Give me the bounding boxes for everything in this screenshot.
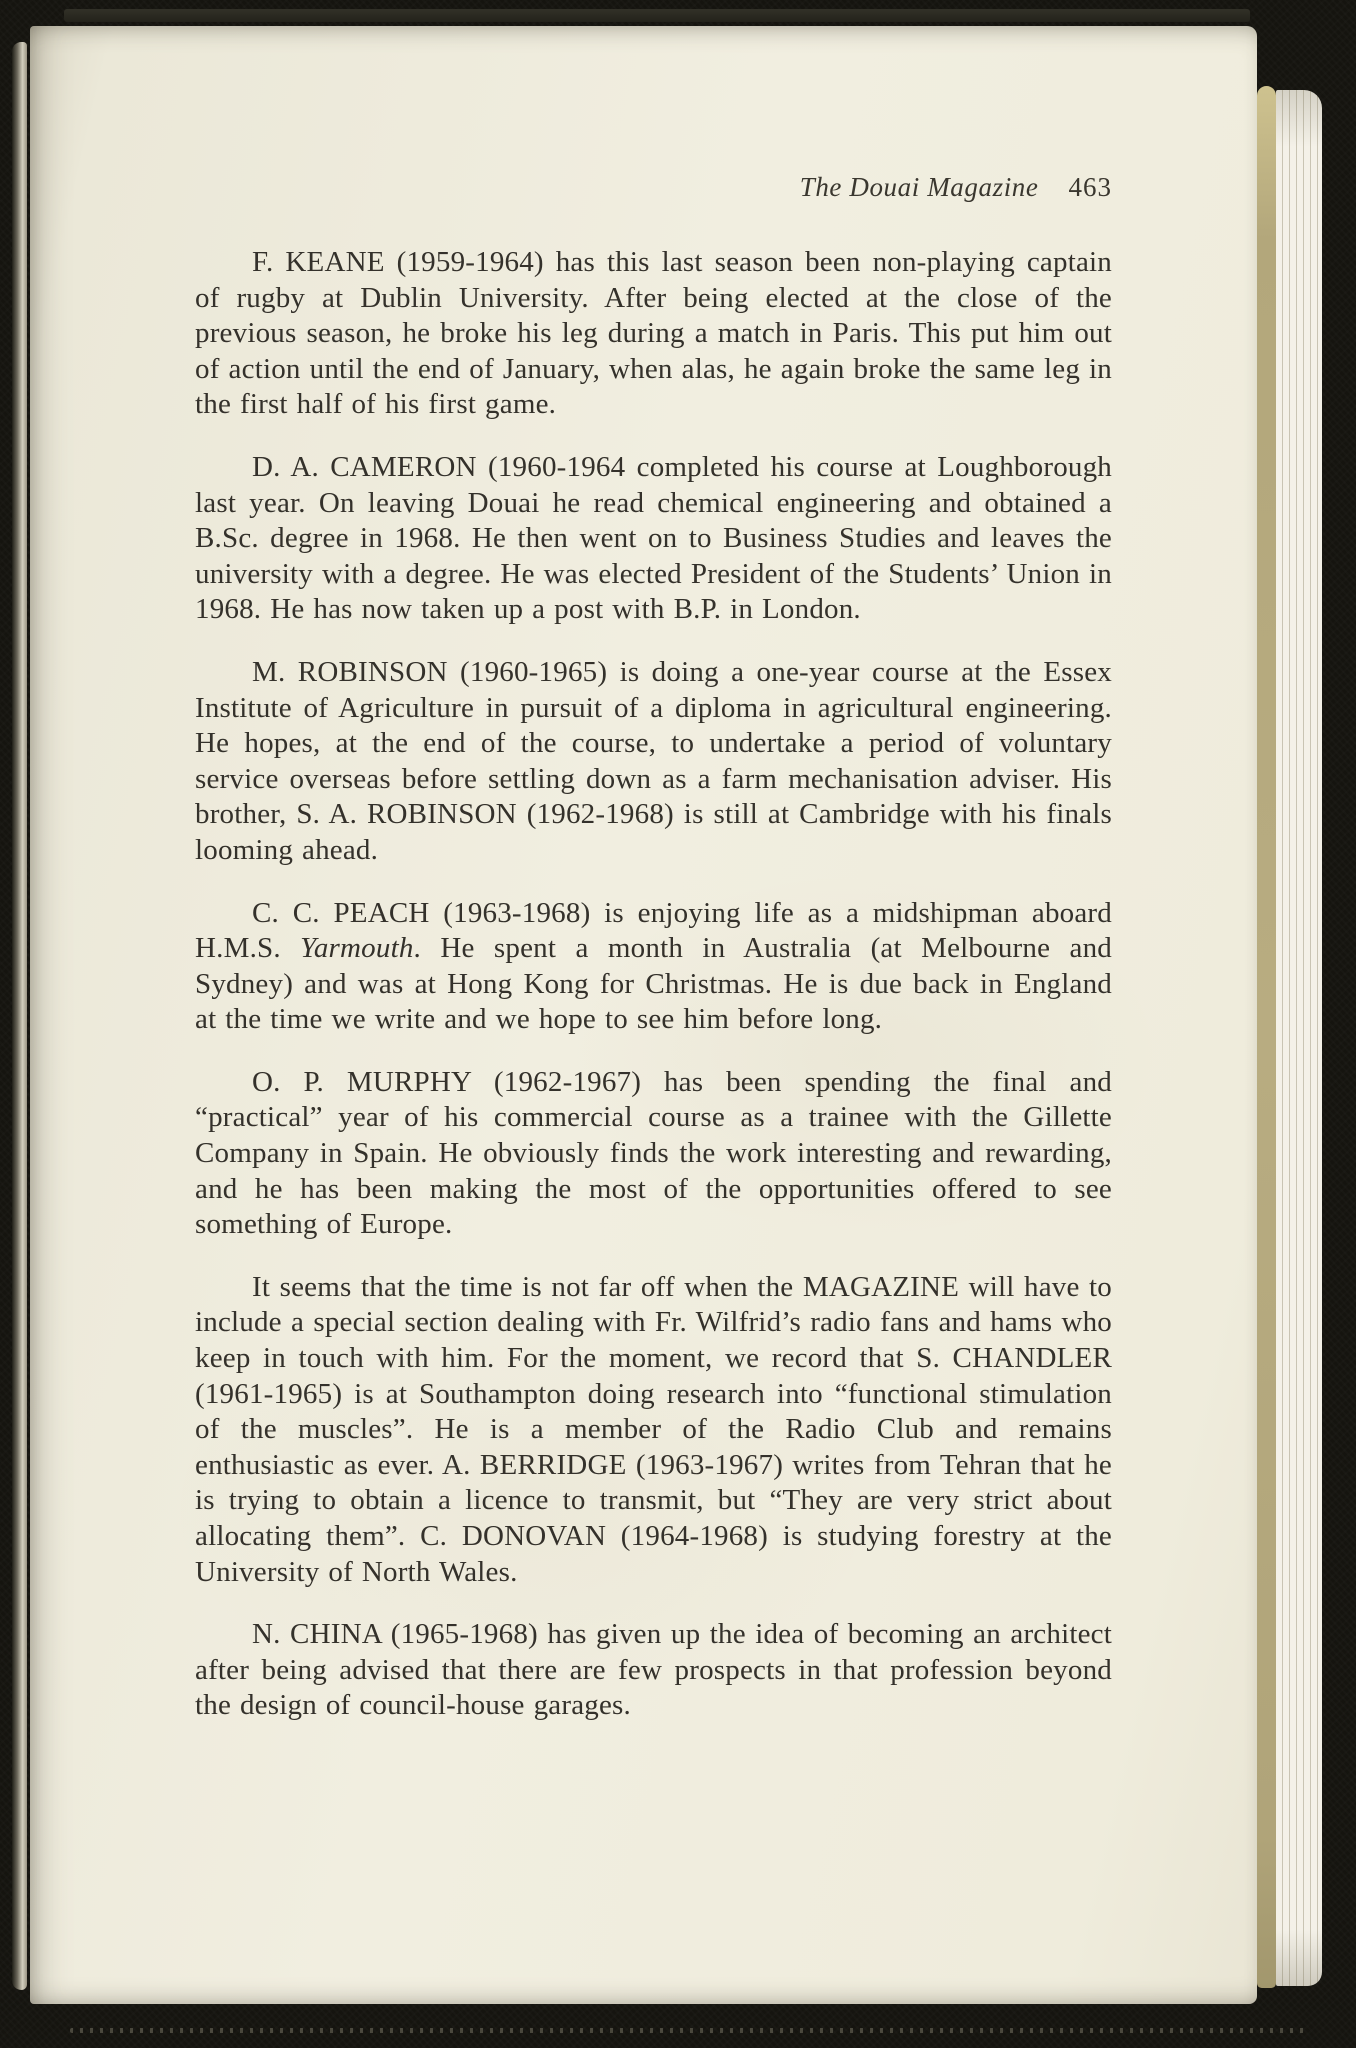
paragraph: O. P. MURPHY (1962-1967) has been spendi… [195,1065,1112,1243]
book-photo-background: The Douai Magazine463 F. KEANE (1959-196… [0,0,1356,2048]
running-header: The Douai Magazine463 [195,172,1112,203]
paragraph: F. KEANE (1959-1964) has this last seaso… [195,245,1112,423]
book-cover-bottom-stitch [70,2028,1310,2033]
book-page: The Douai Magazine463 F. KEANE (1959-196… [30,26,1257,2004]
paragraph: D. A. CAMERON (1960-1964 completed his c… [195,450,1112,628]
paragraph: M. ROBINSON (1960-1965) is doing a one-y… [195,655,1112,869]
page-edge-stack [1276,90,1322,1986]
paragraph-text: N. CHINA (1965-1968) has given up the id… [195,1618,1112,1721]
page-number: 463 [1069,172,1113,202]
book-cover-top-edge [64,9,1250,22]
ship-name-italic: Yarmouth [300,932,413,964]
paragraph: C. C. PEACH (1963-1968) is enjoying life… [195,896,1112,1038]
article-text: F. KEANE (1959-1964) has this last seaso… [195,245,1112,1751]
paragraph-text: It seems that the time is not far off wh… [195,1271,1112,1588]
paragraph: It seems that the time is not far off wh… [195,1270,1112,1590]
paragraph-text: M. ROBINSON (1960-1965) is doing a one-y… [195,656,1112,866]
page-edge-tan-strip [1257,86,1276,1988]
magazine-title: The Douai Magazine [800,172,1039,202]
paragraph-text: O. P. MURPHY (1962-1967) has been spendi… [195,1066,1112,1240]
paragraph-text: D. A. CAMERON (1960-1964 completed his c… [195,451,1112,625]
gutter-page-sliver [12,42,27,1990]
paragraph: N. CHINA (1965-1968) has given up the id… [195,1617,1112,1724]
paragraph-text: F. KEANE (1959-1964) has this last seaso… [195,246,1112,420]
